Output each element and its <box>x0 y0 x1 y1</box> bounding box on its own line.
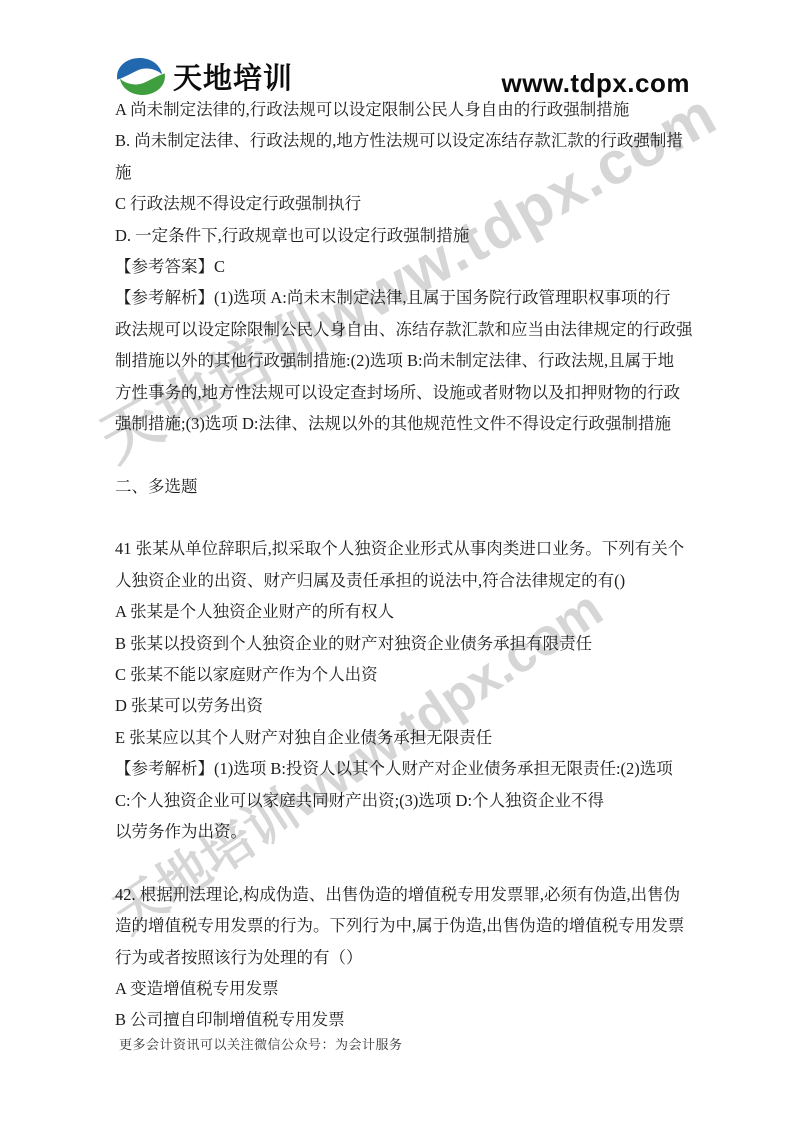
taiji-swoosh-icon <box>112 54 170 99</box>
line-q40-option-b: B. 尚未制定法律、行政法规的,地方性法规可以设定冻结存款汇款的行政强制措 <box>115 125 693 156</box>
line-q41-option-b: B 张某以投资到个人独资企业的财产对独资企业债务承担有限责任 <box>115 628 693 659</box>
line-q42-option-b: B 公司擅自印制增值税专用发票 <box>115 1004 693 1035</box>
line-q41-stem-1: 41 张某从单位辞职后,拟采取个人独资企业形式从事肉类进口业务。下列有关个 <box>115 533 693 564</box>
document-page: 天地培训www.tdpx.com 天地培训www.tdpx.com 天地培训 w… <box>0 0 793 1122</box>
line-q42-stem-1: 42. 根据刑法理论,构成伪造、出售伪造的增值税专用发票罪,必须有伪造,出售伪 <box>115 879 693 910</box>
brand-logo: 天地培训 <box>112 54 293 99</box>
line-q42-option-a: A 变造增值税专用发票 <box>115 973 693 1004</box>
line-blank-2 <box>115 502 693 533</box>
line-q40-analysis-3: 制措施以外的其他行政强制措施:(2)选项 B:尚未制定法律、行政法规,且属于地 <box>115 345 693 376</box>
line-q41-analysis-1: 【参考解析】(1)选项 B:投资人以其个人财产对企业债务承担无限责任:(2)选项 <box>115 753 693 784</box>
line-q41-option-d: D 张某可以劳务出资 <box>115 690 693 721</box>
line-q42-stem-2: 造的增值税专用发票的行为。下列行为中,属于伪造,出售伪造的增值税专用发票 <box>115 910 693 941</box>
line-blank-3 <box>115 847 693 878</box>
line-q41-analysis-2: C:个人独资企业可以家庭共同财产出资;(3)选项 D:个人独资企业不得 <box>115 785 693 816</box>
line-q42-stem-3: 行为或者按照该行为处理的有（） <box>115 942 693 973</box>
line-q41-stem-2: 人独资企业的出资、财产归属及责任承担的说法中,符合法律规定的有() <box>115 565 693 596</box>
line-q41-analysis-3: 以劳务作为出资。 <box>115 816 693 847</box>
line-q40-option-a: A 尚未制定法律的,行政法规可以设定限制公民人身自由的行政强制措施 <box>115 94 693 125</box>
line-blank-1 <box>115 439 693 470</box>
brand-name: 天地培训 <box>173 56 293 97</box>
document-body: A 尚未制定法律的,行政法规可以设定限制公民人身自由的行政强制措施B. 尚未制定… <box>115 94 693 1036</box>
line-q40-option-c: C 行政法规不得设定行政强制执行 <box>115 188 693 219</box>
footer-note: 更多会计资讯可以关注微信公众号：为会计服务 <box>119 1034 403 1053</box>
line-q40-answer: 【参考答案】C <box>115 251 693 282</box>
line-q40-option-b-cont: 施 <box>115 157 693 188</box>
line-q40-analysis-4: 方性事务的,地方性法规可以设定查封场所、设施或者财物以及扣押财物的行政 <box>115 377 693 408</box>
line-section-2-heading: 二、多选题 <box>115 471 693 502</box>
line-q41-option-e: E 张某应以其个人财产对独自企业债务承担无限责任 <box>115 722 693 753</box>
line-q41-option-c: C 张某不能以家庭财产作为个人出资 <box>115 659 693 690</box>
line-q40-analysis-5: 强制措施;(3)选项 D:法律、法规以外的其他规范性文件不得设定行政强制措施 <box>115 408 693 439</box>
line-q40-option-d: D. 一定条件下,行政规章也可以设定行政强制措施 <box>115 220 693 251</box>
line-q40-analysis-1: 【参考解析】(1)选项 A:尚未末制定法律,且属于国务院行政管理职权事项的行 <box>115 282 693 313</box>
line-q41-option-a: A 张某是个人独资企业财产的所有权人 <box>115 596 693 627</box>
line-q40-analysis-2: 政法规可以设定除限制公民人身自由、冻结存款汇款和应当由法律规定的行政强 <box>115 314 693 345</box>
